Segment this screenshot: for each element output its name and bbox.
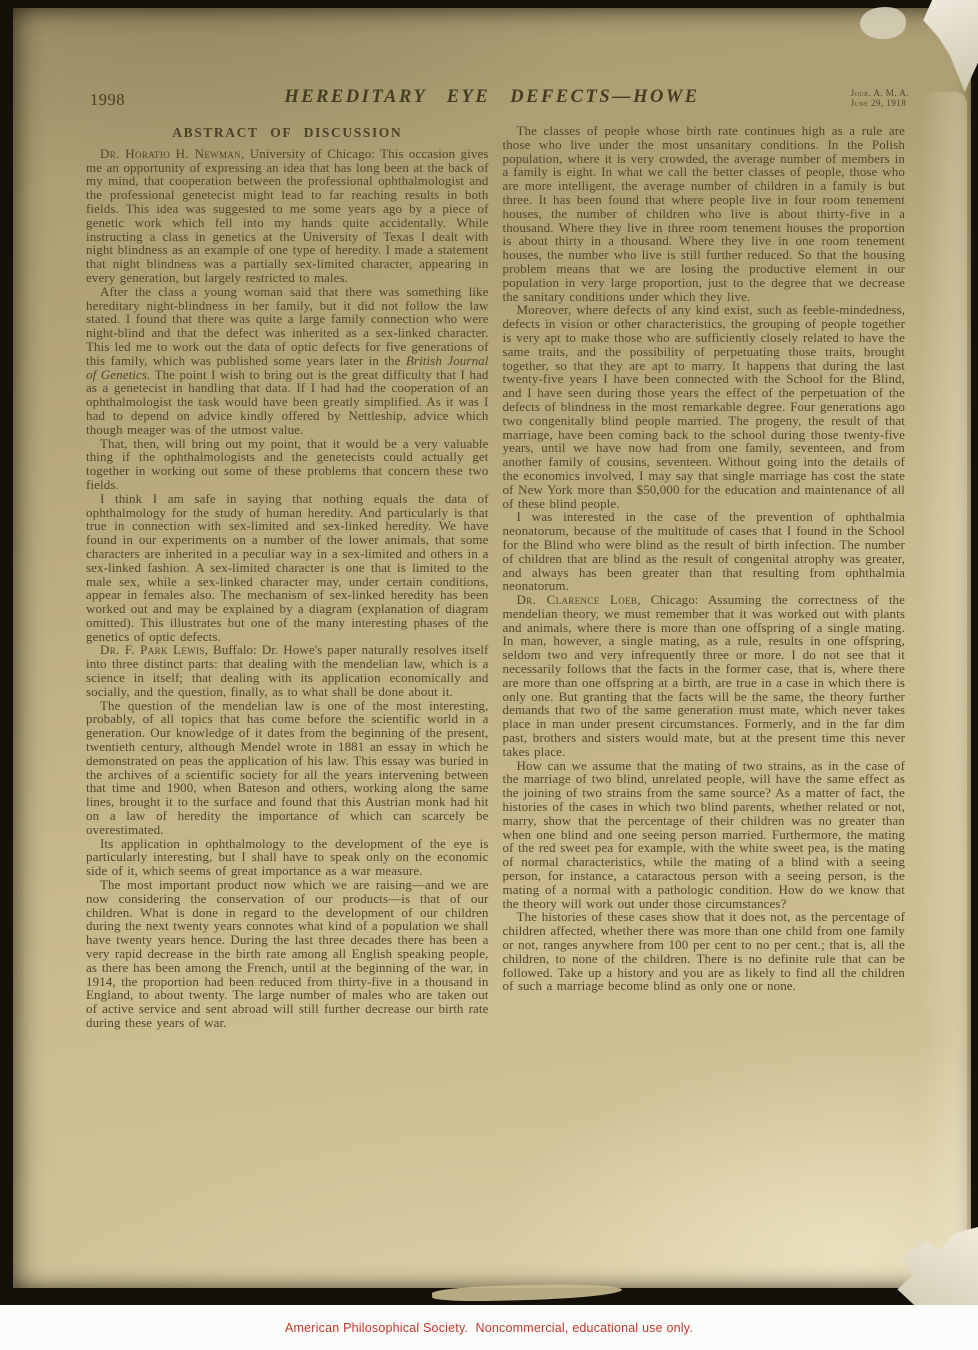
paragraph: I was interested in the case of the prev… (503, 510, 906, 593)
paragraph-text: , University of Chicago: This occasion g… (86, 146, 489, 285)
paragraph-text: I think I am safe in saying that nothing… (86, 491, 489, 644)
speaker-name: Dr. F. Park Lewis (100, 642, 205, 657)
paragraph: After the class a young woman said that … (86, 285, 489, 437)
two-column-layout: ABSTRACT OF DISCUSSION Dr. Horatio H. Ne… (13, 120, 971, 1030)
page-edge-highlight (921, 92, 967, 1262)
paragraph-text: The histories of these cases show that i… (503, 909, 906, 993)
journal-date: June 29, 1918 (851, 98, 909, 108)
left-column: ABSTRACT OF DISCUSSION Dr. Horatio H. Ne… (86, 124, 489, 1030)
section-heading: ABSTRACT OF DISCUSSION (86, 126, 489, 140)
paragraph-text: , Chicago: Assuming the correctness of t… (503, 592, 906, 759)
paragraph-text: That, then, will bring out my point, tha… (86, 436, 489, 492)
paragraph: Dr. Clarence Loeb, Chicago: Assuming the… (503, 593, 906, 759)
paragraph-text: The most important product now which we … (86, 877, 489, 1030)
journal-name: Jour. A. M. A. (851, 88, 909, 98)
paragraph-text: The question of the mendelian law is one… (86, 698, 489, 837)
left-column-paragraphs: Dr. Horatio H. Newman, University of Chi… (86, 147, 489, 1030)
page-header: 1998 HEREDITARY EYE DEFECTS—HOWE Jour. A… (13, 8, 971, 120)
paragraph: Dr. Horatio H. Newman, University of Chi… (86, 147, 489, 285)
paragraph-text: Its application in ophthalmology to the … (86, 836, 489, 879)
journal-page: 1998 HEREDITARY EYE DEFECTS—HOWE Jour. A… (13, 8, 971, 1288)
paragraph: The histories of these cases show that i… (503, 910, 906, 993)
footer-caption: American Philosophical Society. Noncomme… (285, 1321, 693, 1335)
paragraph: Dr. F. Park Lewis, Buffalo: Dr. Howe's p… (86, 643, 489, 698)
scan-background: 1998 HEREDITARY EYE DEFECTS—HOWE Jour. A… (0, 0, 978, 1305)
paragraph: I think I am safe in saying that nothing… (86, 492, 489, 644)
speaker-name: Dr. Horatio H. Newman (100, 146, 241, 161)
paragraph: The classes of people whose birth rate c… (503, 124, 906, 303)
paragraph-text: I was interested in the case of the prev… (503, 509, 906, 593)
paragraph-text: How can we assume that the mating of two… (503, 758, 906, 911)
paragraph: That, then, will bring out my point, tha… (86, 437, 489, 492)
right-column-paragraphs: The classes of people whose birth rate c… (503, 124, 906, 993)
speaker-name: Dr. Clarence Loeb (517, 592, 638, 607)
paragraph: Moreover, where defects of any kind exis… (503, 303, 906, 510)
right-column: The classes of people whose birth rate c… (503, 124, 906, 1030)
paragraph: Its application in ophthalmology to the … (86, 837, 489, 878)
paragraph: How can we assume that the mating of two… (503, 759, 906, 911)
paragraph-text: Moreover, where defects of any kind exis… (503, 302, 906, 510)
paragraph-text: The classes of people whose birth rate c… (503, 123, 906, 304)
running-title: HEREDITARY EYE DEFECTS—HOWE (13, 87, 971, 108)
torn-paper-top-right-small (860, 7, 906, 39)
footer-bar: American Philosophical Society. Noncomme… (0, 1305, 978, 1350)
paragraph: The most important product now which we … (86, 878, 489, 1030)
paragraph: The question of the mendelian law is one… (86, 699, 489, 837)
journal-citation: Jour. A. M. A. June 29, 1918 (851, 88, 909, 108)
